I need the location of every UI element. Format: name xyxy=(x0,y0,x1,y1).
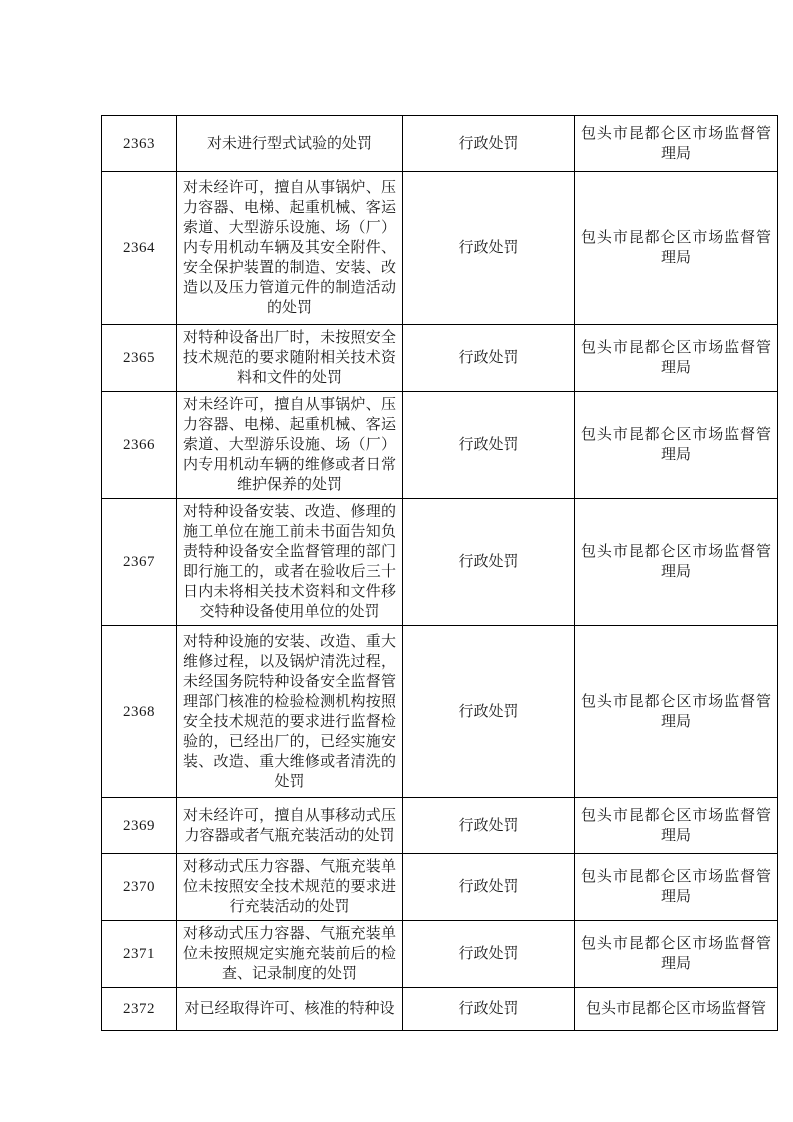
cell-description: 对已经取得许可、核准的特种设 xyxy=(177,988,403,1031)
cell-penalty-type: 行政处罚 xyxy=(403,325,575,392)
table-row: 2368 对特种设施的安装、改造、重大维修过程，以及锅炉清洗过程，未经国务院特种… xyxy=(102,626,778,798)
cell-description: 对未经许可，擅自从事锅炉、压力容器、电梯、起重机械、客运索道、大型游乐设施、场（… xyxy=(177,392,403,499)
cell-penalty-type: 行政处罚 xyxy=(403,626,575,798)
table-row: 2367 对特种设备安装、改造、修理的施工单位在施工前未书面告知负责特种设备安全… xyxy=(102,499,778,626)
cell-agency: 包头市昆都仑区市场监督管理局 xyxy=(575,921,778,988)
cell-id: 2366 xyxy=(102,392,177,499)
cell-id: 2372 xyxy=(102,988,177,1031)
table-row: 2371 对移动式压力容器、气瓶充装单位未按照规定实施充装前后的检查、记录制度的… xyxy=(102,921,778,988)
table-row: 2372 对已经取得许可、核准的特种设 行政处罚 包头市昆都仑区市场监督管 xyxy=(102,988,778,1031)
cell-description: 对特种设施的安装、改造、重大维修过程，以及锅炉清洗过程，未经国务院特种设备安全监… xyxy=(177,626,403,798)
cell-penalty-type: 行政处罚 xyxy=(403,921,575,988)
table-body: 2363 对未进行型式试验的处罚 行政处罚 包头市昆都仑区市场监督管理局 236… xyxy=(102,116,778,1031)
cell-description: 对移动式压力容器、气瓶充装单位未按照规定实施充装前后的检查、记录制度的处罚 xyxy=(177,921,403,988)
cell-penalty-type: 行政处罚 xyxy=(403,116,575,172)
cell-agency: 包头市昆都仑区市场监督管 xyxy=(575,988,778,1031)
cell-description: 对移动式压力容器、气瓶充装单位未按照安全技术规范的要求进行充装活动的处罚 xyxy=(177,854,403,921)
cell-agency: 包头市昆都仑区市场监督管理局 xyxy=(575,854,778,921)
cell-description: 对特种设备出厂时，未按照安全技术规范的要求随附相关技术资料和文件的处罚 xyxy=(177,325,403,392)
cell-description: 对未经许可，擅自从事移动式压力容器或者气瓶充装活动的处罚 xyxy=(177,798,403,854)
cell-id: 2370 xyxy=(102,854,177,921)
cell-agency: 包头市昆都仑区市场监督管理局 xyxy=(575,172,778,325)
cell-id: 2363 xyxy=(102,116,177,172)
cell-penalty-type: 行政处罚 xyxy=(403,392,575,499)
penalty-table: 2363 对未进行型式试验的处罚 行政处罚 包头市昆都仑区市场监督管理局 236… xyxy=(101,115,778,1031)
cell-description: 对未进行型式试验的处罚 xyxy=(177,116,403,172)
cell-id: 2367 xyxy=(102,499,177,626)
cell-agency: 包头市昆都仑区市场监督管理局 xyxy=(575,499,778,626)
table-row: 2366 对未经许可，擅自从事锅炉、压力容器、电梯、起重机械、客运索道、大型游乐… xyxy=(102,392,778,499)
cell-agency: 包头市昆都仑区市场监督管理局 xyxy=(575,626,778,798)
cell-penalty-type: 行政处罚 xyxy=(403,798,575,854)
cell-agency: 包头市昆都仑区市场监督管理局 xyxy=(575,325,778,392)
table-row: 2369 对未经许可，擅自从事移动式压力容器或者气瓶充装活动的处罚 行政处罚 包… xyxy=(102,798,778,854)
cell-id: 2369 xyxy=(102,798,177,854)
cell-agency: 包头市昆都仑区市场监督管理局 xyxy=(575,116,778,172)
table-row: 2365 对特种设备出厂时，未按照安全技术规范的要求随附相关技术资料和文件的处罚… xyxy=(102,325,778,392)
table-row: 2370 对移动式压力容器、气瓶充装单位未按照安全技术规范的要求进行充装活动的处… xyxy=(102,854,778,921)
cell-id: 2368 xyxy=(102,626,177,798)
cell-id: 2371 xyxy=(102,921,177,988)
cell-agency: 包头市昆都仑区市场监督管理局 xyxy=(575,798,778,854)
table-row: 2363 对未进行型式试验的处罚 行政处罚 包头市昆都仑区市场监督管理局 xyxy=(102,116,778,172)
cell-penalty-type: 行政处罚 xyxy=(403,854,575,921)
cell-description: 对未经许可，擅自从事锅炉、压力容器、电梯、起重机械、客运索道、大型游乐设施、场（… xyxy=(177,172,403,325)
cell-penalty-type: 行政处罚 xyxy=(403,499,575,626)
cell-id: 2365 xyxy=(102,325,177,392)
cell-penalty-type: 行政处罚 xyxy=(403,988,575,1031)
cell-description: 对特种设备安装、改造、修理的施工单位在施工前未书面告知负责特种设备安全监督管理的… xyxy=(177,499,403,626)
cell-agency: 包头市昆都仑区市场监督管理局 xyxy=(575,392,778,499)
cell-penalty-type: 行政处罚 xyxy=(403,172,575,325)
document-page: 2363 对未进行型式试验的处罚 行政处罚 包头市昆都仑区市场监督管理局 236… xyxy=(0,0,793,1122)
cell-id: 2364 xyxy=(102,172,177,325)
table-row: 2364 对未经许可，擅自从事锅炉、压力容器、电梯、起重机械、客运索道、大型游乐… xyxy=(102,172,778,325)
